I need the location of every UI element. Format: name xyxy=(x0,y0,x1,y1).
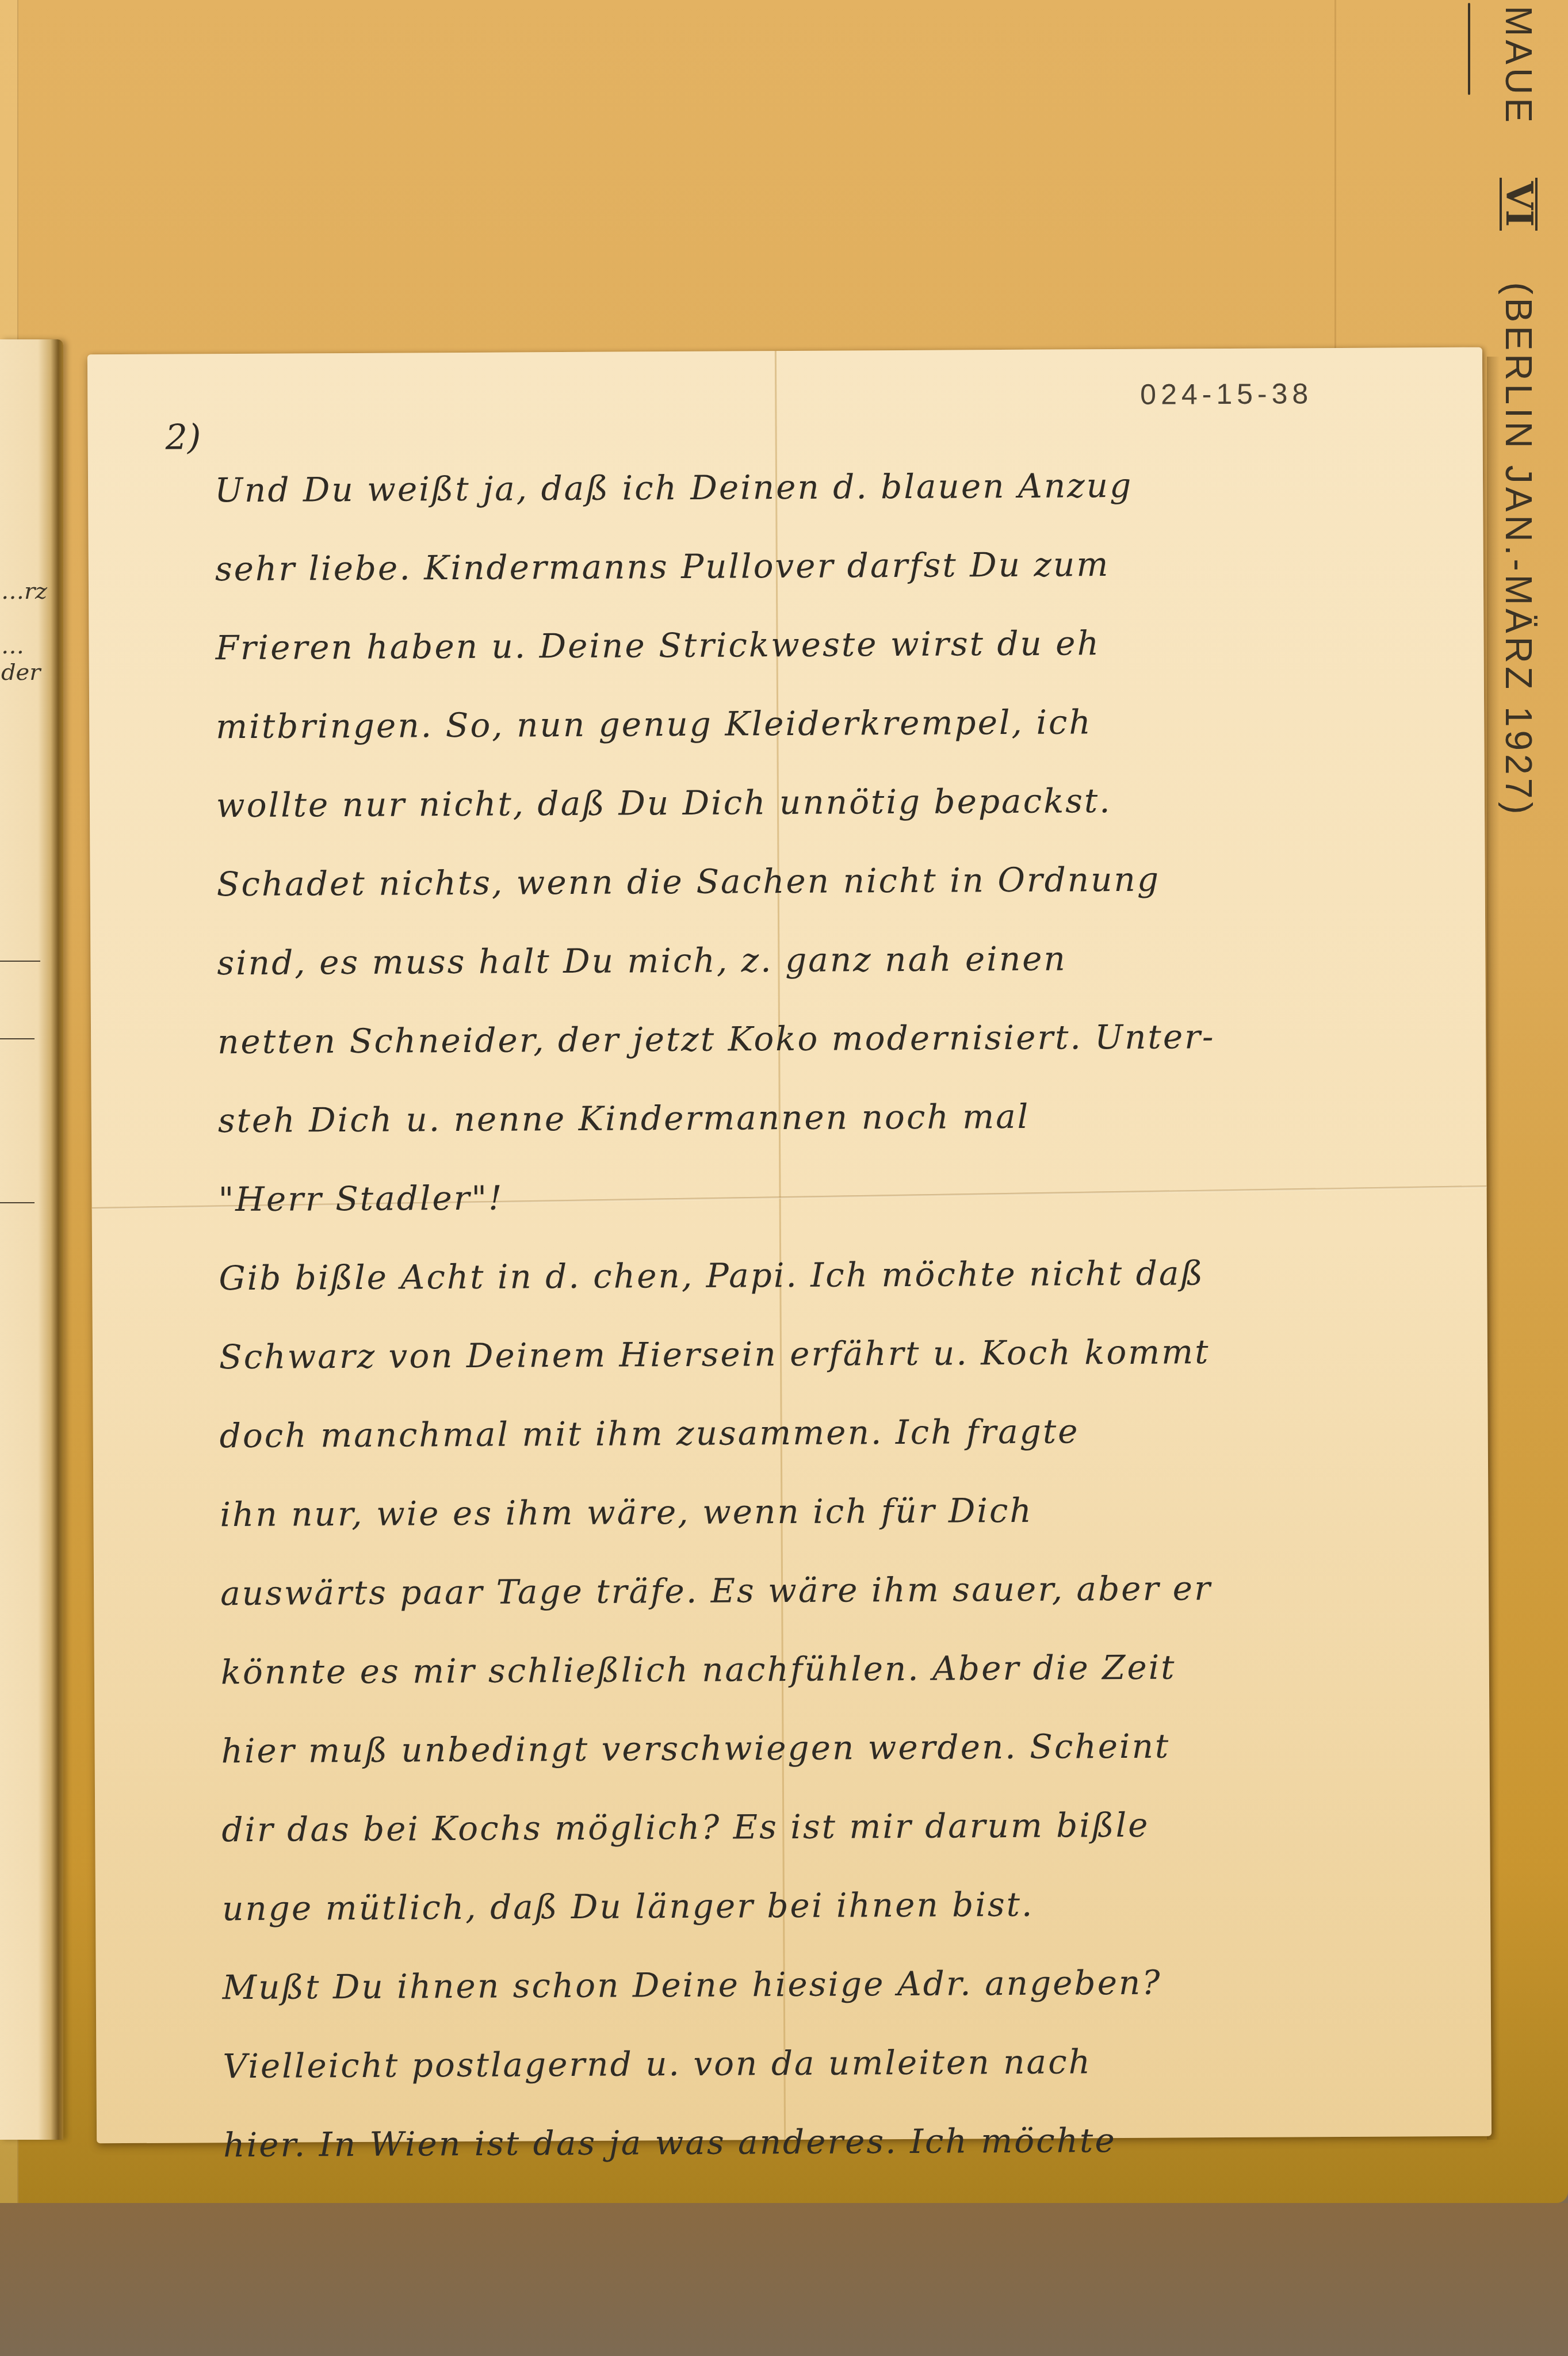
handwritten-line: "Herr Stadler"! xyxy=(218,1143,1444,1228)
folder-label-name: MAUE xyxy=(1497,6,1540,126)
handwritten-line: hier muß unbedingt verschwiegen werden. … xyxy=(221,1695,1447,1780)
folder-label-place-date: (BERLIN JAN.-MÄRZ 1927) xyxy=(1497,282,1540,818)
handwritten-line: Schadet nichts, wenn die Sachen nicht in… xyxy=(216,828,1442,913)
folder-label-text: MAUE VI (BERLIN JAN.-MÄRZ 1927) xyxy=(1497,6,1540,818)
handwritten-line: mitbringen. So, nun genug Kleiderkrempel… xyxy=(216,670,1441,755)
handwritten-line: Schwarz von Deinem Hiersein erfährt u. K… xyxy=(219,1301,1445,1386)
handwritten-line: unge mütlich, daß Du länger bei ihnen bi… xyxy=(222,1852,1448,1937)
left-stack-rule xyxy=(0,961,40,962)
handwritten-line: netten Schneider, der jetzt Koko moderni… xyxy=(217,985,1443,1070)
handwritten-line: wollte nur nicht, daß Du Dich unnötig be… xyxy=(216,749,1442,834)
handwritten-line: Und Du weißt ja, daß ich Deinen d. blaue… xyxy=(215,434,1440,519)
handwritten-line: könnte es mir schließlich nachfühlen. Ab… xyxy=(220,1616,1446,1701)
handwritten-line: auswärts paar Tage träfe. Es wäre ihm sa… xyxy=(220,1537,1446,1622)
handwritten-line: Gib bißle Acht in d. chen, Papi. Ich möc… xyxy=(219,1222,1444,1307)
left-stack-rule xyxy=(0,1202,35,1203)
handwritten-line: steh Dich u. nenne Kindermannen noch mal xyxy=(217,1064,1443,1149)
folder-label-underline xyxy=(1468,3,1470,95)
handwritten-text: Und Du weißt ja, daß ich Deinen d. blaue… xyxy=(215,434,1449,2174)
left-page-stack: …rz …der xyxy=(0,339,63,2140)
handwritten-line: Vielleicht postlagernd u. von da umleite… xyxy=(223,2010,1448,2095)
left-stack-fragment: …rz xyxy=(1,578,47,605)
handwritten-line: doch manchmal mit ihm zusammen. Ich frag… xyxy=(219,1379,1445,1464)
handwritten-line: Frieren haben u. Deine Strickweste wirst… xyxy=(215,591,1441,676)
handwritten-line: dir das bei Kochs möglich? Es ist mir da… xyxy=(221,1773,1447,1858)
folder-label: MAUE VI (BERLIN JAN.-MÄRZ 1927) xyxy=(1473,6,1565,840)
handwritten-line: ihn nur, wie es ihm wäre, wenn ich für D… xyxy=(220,1458,1445,1543)
table-surface xyxy=(0,2203,1568,2356)
handwritten-line: sind, es muss halt Du mich, z. ganz nah … xyxy=(217,907,1443,992)
folder-label-volume: VI xyxy=(1500,178,1538,231)
left-stack-rule xyxy=(0,1038,35,1039)
handwritten-line: sehr liebe. Kindermanns Pullover darfst … xyxy=(215,512,1440,598)
archive-reference-number: 024-15-38 xyxy=(1140,377,1313,411)
handwritten-line: Mußt Du ihnen schon Deine hiesige Adr. a… xyxy=(222,1931,1448,2016)
handwritten-line: hier. In Wien ist das ja was anderes. Ic… xyxy=(223,2089,1449,2174)
left-stack-fragment: …der xyxy=(1,633,63,686)
page-number: 2) xyxy=(165,417,201,457)
letter-page: 024-15-38 2) Und Du weißt ja, daß ich De… xyxy=(87,347,1491,2144)
